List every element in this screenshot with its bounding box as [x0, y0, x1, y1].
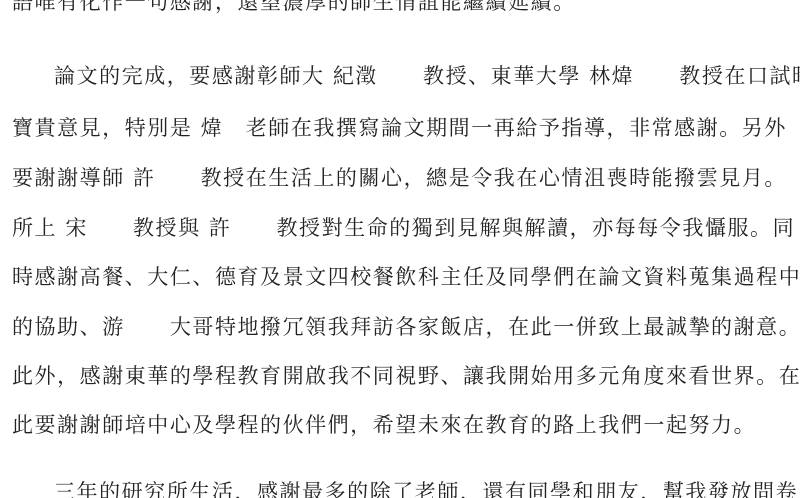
text-line-paragraph-start: 論文的完成，要感謝彰師大 紀澂 教授、東華大學 林煒 教授在口試時的 [54, 64, 800, 88]
text-line: 此外，感謝東華的學程教育開啟我不同視野、讓我開始用多元角度來看世界。在 [12, 364, 800, 388]
text-line: 要謝謝導師 許 教授在生活上的關心，總是令我在心情沮喪時能撥雲見月。 [12, 166, 787, 190]
text-line: 寶貴意見，特別是 煒 老師在我撰寫論文期間一再給予指導，非常感謝。另外 [12, 116, 787, 140]
text-line: 時感謝高餐、大仁、德育及景文四校餐飲科主任及同學們在論文資料蒐集過程中 [12, 265, 800, 289]
text-line: 的協助、游 大哥特地撥冗領我拜訪各家飯店，在此一併致上最誠摯的謝意。 [12, 315, 800, 339]
text-line: 所上 宋 教授與 許 教授對生命的獨到見解與解讀，亦每每令我懾服。同 [12, 216, 795, 240]
text-line: 語唯有化作一句感謝，還望濃厚的師生情誼能繼續延續。 [12, 0, 576, 14]
text-line: 此要謝謝師培中心及學程的伙伴們，希望未來在教育的路上我們一起努力。 [12, 413, 756, 437]
text-line-paragraph-start: 三年的研究所生活，感謝最多的除了老師，還有同學和朋友，幫我發放問卷， [54, 480, 800, 498]
